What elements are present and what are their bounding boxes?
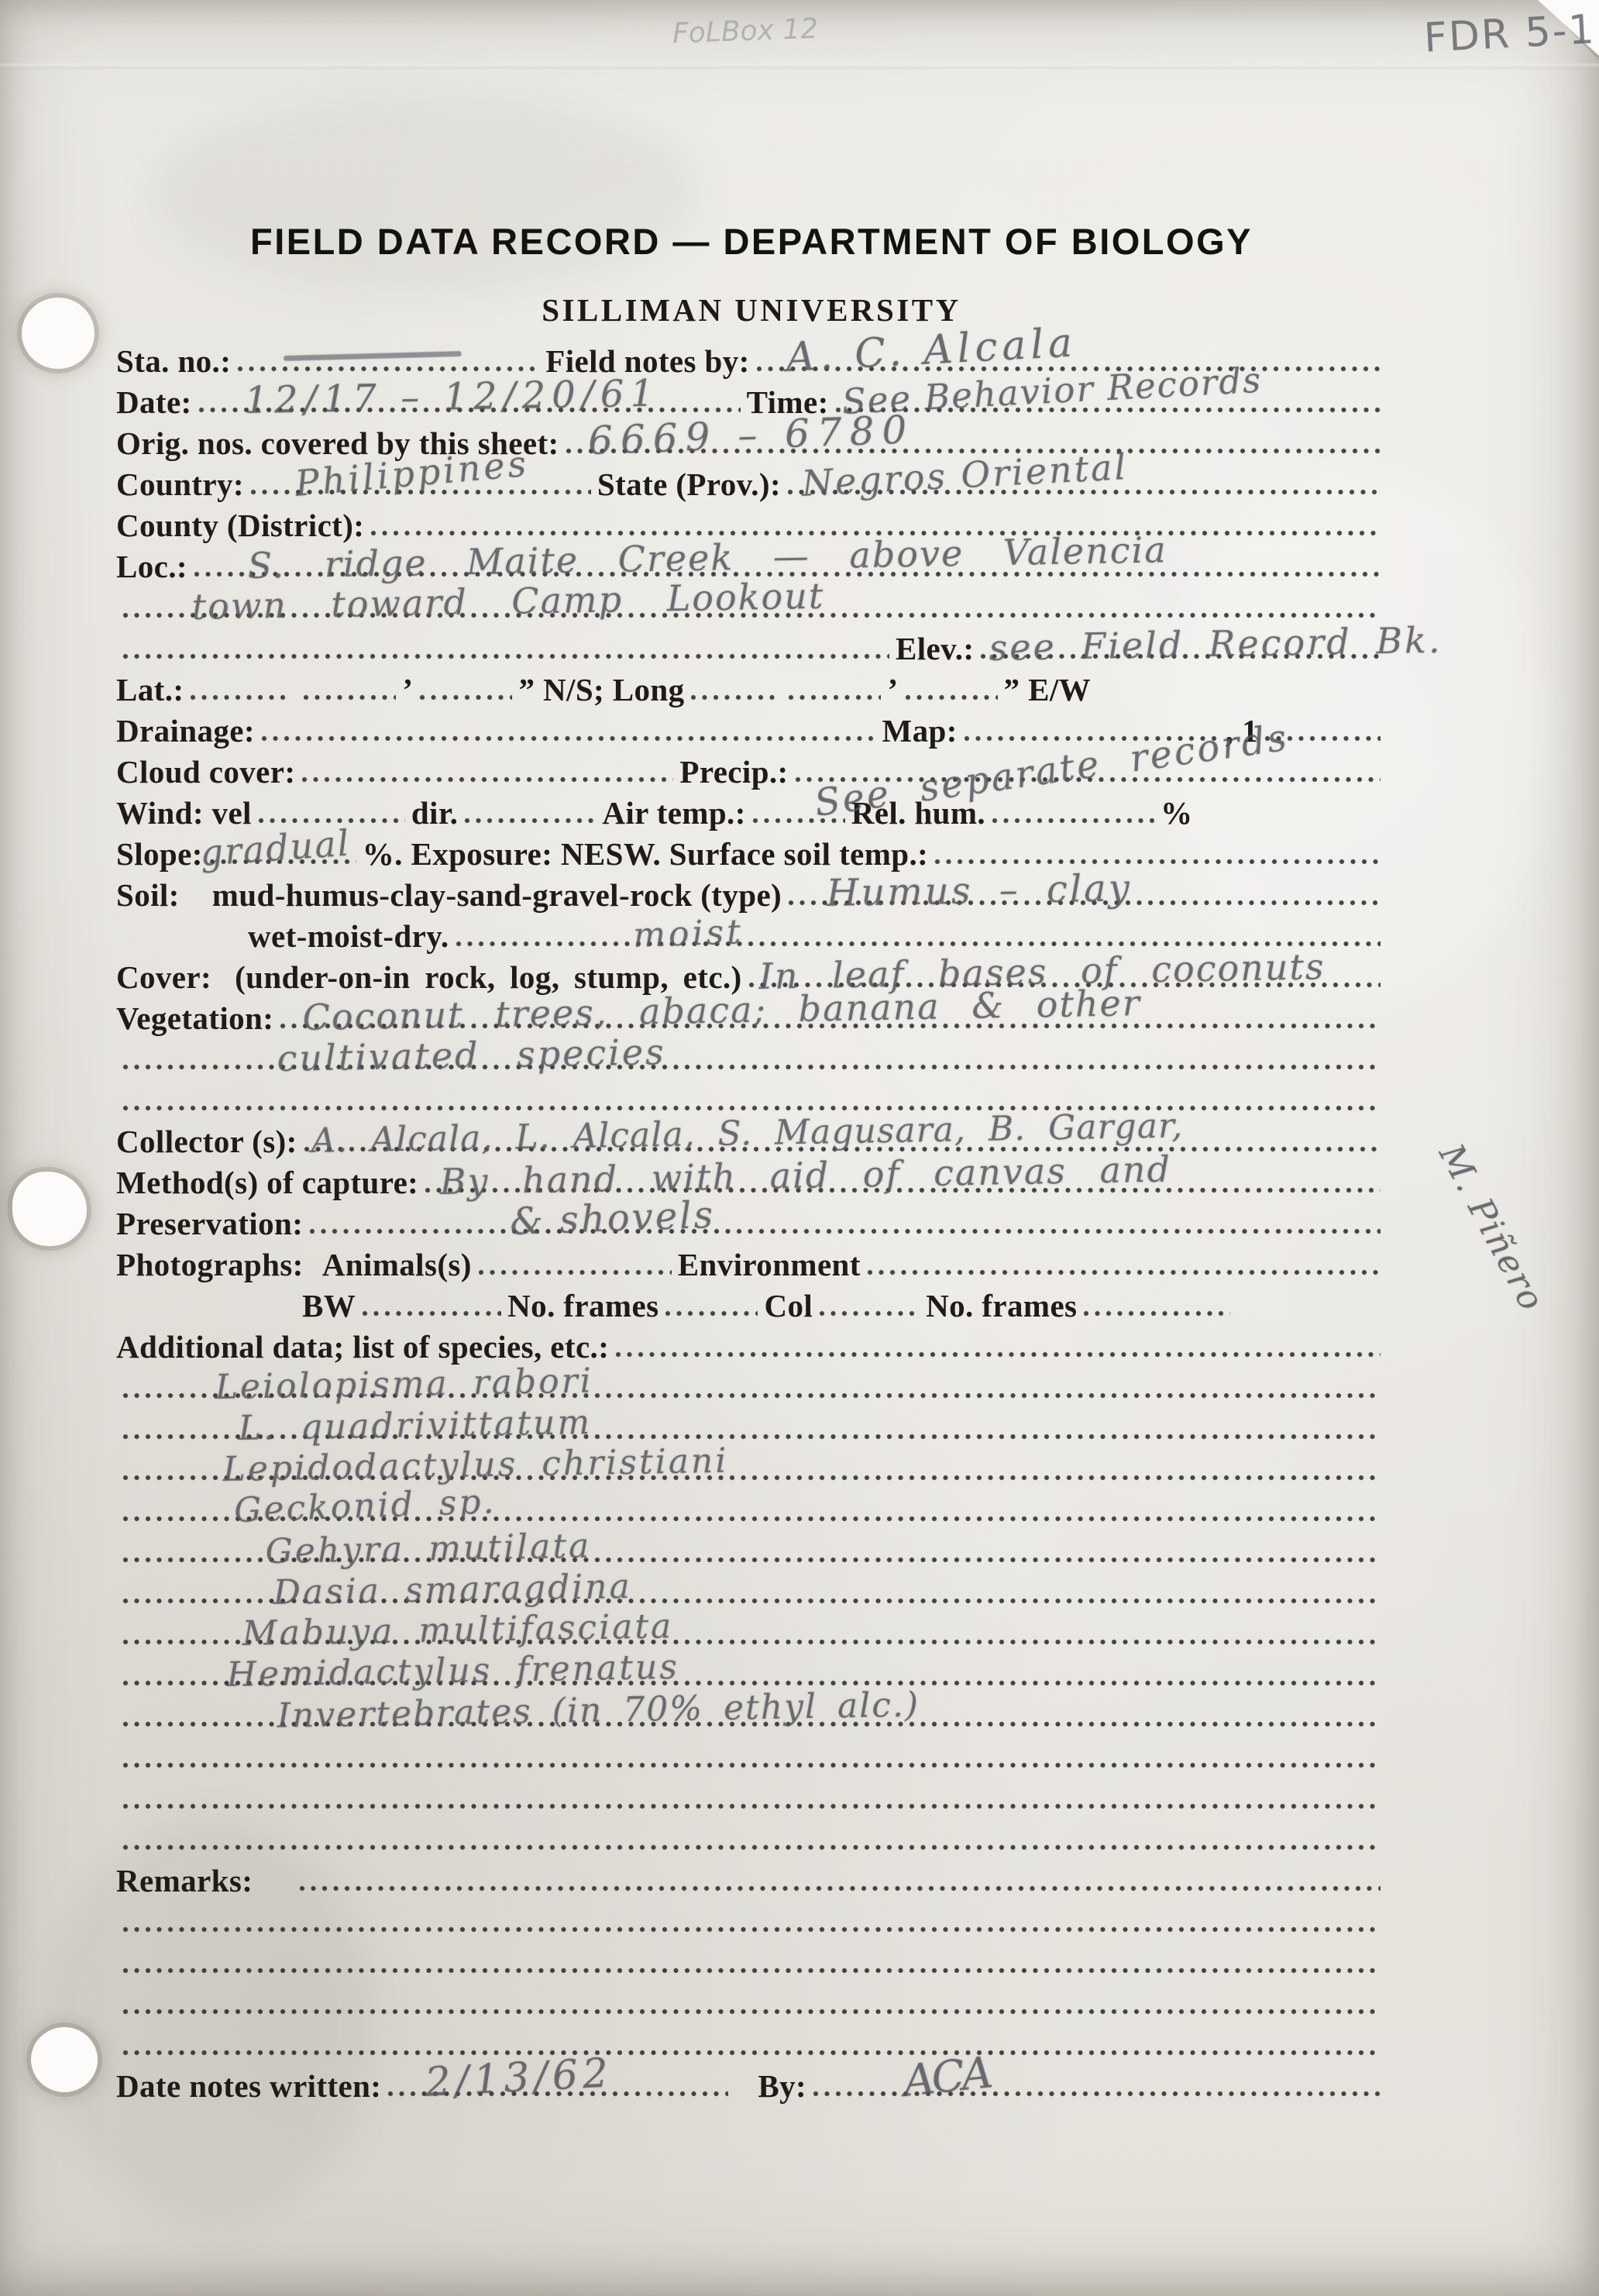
county-label: County (District): (116, 510, 364, 542)
pencil-note-folder: FoLBox 12 (672, 13, 818, 50)
species-name: Gehyra mutilata (265, 1531, 591, 1568)
dotted-leader: Negros Oriental (787, 489, 1381, 495)
method-label: Method(s) of capture: (116, 1167, 418, 1199)
species-row: Mabuya multifasciata (116, 1613, 1387, 1654)
dotted-leader: Gehyra mutilata (122, 1557, 1381, 1563)
dotted-leader (261, 735, 876, 742)
row-blank (116, 1982, 1387, 2023)
dotted-leader: gradual (209, 859, 356, 865)
country-label: Country: (116, 469, 244, 501)
species-name: Mabuya multifasciata (242, 1612, 673, 1650)
dotted-leader: cultivated species (122, 1064, 1381, 1070)
dotted-leader (122, 653, 889, 659)
row-blank (116, 1777, 1387, 1818)
dotted-leader: Lepidodactylus christiani (122, 1475, 1381, 1481)
dotted-leader: town toward Camp Lookout (122, 612, 1381, 618)
dotted-leader: Geckonid sp. (122, 1516, 1381, 1522)
drainage-label: Drainage: (116, 715, 255, 747)
elev-label: Elev.: (896, 633, 974, 665)
row-blank (116, 1900, 1387, 1941)
row-remarks: Remarks: (116, 1859, 1387, 1900)
air-temp-label: Air temp.: (602, 797, 745, 829)
paper-stain (155, 93, 697, 294)
species-name: Geckonid sp. (234, 1487, 497, 1527)
collectors-value-overflow: M. Piñero (1435, 1140, 1548, 1317)
field-notes-by-value: A. C. Alcala (785, 325, 1077, 377)
row-orig-nos: Orig. nos. covered by this sheet: 6669 –… (116, 422, 1387, 463)
dotted-leader (419, 694, 512, 701)
row-photographs: Photographs: Animals(s) Environment (116, 1243, 1387, 1284)
punch-hole (12, 1172, 87, 1246)
punch-hole (22, 298, 95, 369)
dotted-leader (301, 776, 673, 783)
dotted-line (122, 1105, 1381, 1111)
dotted-leader (1083, 1310, 1230, 1317)
animals-label: Animals(s) (322, 1249, 472, 1281)
dotted-leader (819, 1310, 920, 1317)
row-lat-long: Lat.: ’ ” N/S; Long ’ ” E/W (116, 668, 1387, 709)
loc-label: Loc.: (116, 551, 187, 583)
dotted-leader: ACA (813, 2091, 1381, 2097)
dotted-leader: 2/13/62 (387, 2091, 728, 2097)
row-vegetation: Vegetation: Coconut trees, abaca; banana… (116, 997, 1387, 1038)
dotted-leader: Philippines (250, 489, 591, 495)
soil-type-options-label: mud-humus-clay-sand-gravel-rock (type) (212, 880, 782, 911)
dotted-leader (905, 694, 998, 701)
dotted-line (122, 1762, 1381, 1768)
remarks-label: Remarks: (116, 1865, 253, 1897)
soil-moisture-options-label: wet-moist-dry. (248, 921, 449, 952)
row-location-cont: town toward Camp Lookout (116, 586, 1387, 627)
dotted-leader: Humus – clay (788, 900, 1381, 906)
lat-label: Lat.: (116, 674, 184, 706)
scanned-field-data-form: FoLBox 12 FDR 5-1 FIELD DATA RECORD — DE… (0, 0, 1599, 2296)
dotted-leader (362, 1310, 501, 1317)
dotted-line (122, 1967, 1381, 1974)
preservation-value: & shovels (510, 1199, 716, 1239)
species-name: Lepidodactylus christiani (222, 1446, 728, 1485)
date-notes-written-value: 2/13/62 (425, 2056, 614, 2102)
percent-label: % (1161, 797, 1192, 829)
map-label: Map: (882, 715, 958, 747)
species-row: Dasia smaragdina (116, 1571, 1387, 1613)
dotted-leader: See Behavior Records (835, 407, 1381, 413)
dotted-leader (303, 694, 396, 701)
environment-label: Environment (678, 1249, 861, 1281)
row-vegetation-cont: cultivated species (116, 1038, 1387, 1079)
precip-label: Precip.: (679, 756, 788, 788)
dotted-leader (867, 1269, 1381, 1275)
vegetation-value-line2: cultivated species (277, 1036, 666, 1075)
dotted-leader: Dasia smaragdina (122, 1598, 1381, 1604)
dotted-leader: Leiolopisma rabori (122, 1392, 1381, 1399)
dotted-line (122, 2009, 1381, 2015)
dotted-leader (690, 694, 775, 701)
long-seconds-ew-label: ” E/W (1004, 674, 1092, 706)
dotted-leader: 12/17 – 12/20/61 (198, 407, 741, 413)
dotted-line (122, 1803, 1381, 1809)
species-row: Geckonid sp. (116, 1489, 1387, 1530)
bw-label: BW (302, 1290, 356, 1322)
row-preservation: Preservation: & shovels (116, 1202, 1387, 1243)
dotted-leader (190, 694, 291, 701)
cover-options-label: (under-on-in rock, log, stump, etc.) (235, 962, 742, 993)
species-name: Leiolopisma rabori (215, 1366, 593, 1403)
species-name: Invertebrates (in 70% ethyl alc.) (277, 1690, 920, 1732)
no-frames2-label: No. frames (926, 1290, 1077, 1322)
dotted-leader (299, 1885, 1381, 1892)
dotted-leader: L. quadrivittatum (122, 1434, 1381, 1440)
slope-label: Slope: (116, 838, 203, 870)
row-blank (116, 1736, 1387, 1777)
row-soil-type: Soil: mud-humus-clay-sand-gravel-rock (t… (116, 873, 1387, 914)
row-additional-data: Additional data; list of species, etc.: (116, 1325, 1387, 1366)
dotted-leader (665, 1310, 758, 1317)
loc-value-line2: town toward Camp Lookout (191, 580, 824, 623)
form-body: Sta. no.: Field notes by: A. C. Alcala D… (116, 339, 1387, 2105)
dotted-leader (788, 694, 881, 701)
col-label: Col (764, 1290, 813, 1322)
dotted-leader (934, 859, 1381, 865)
vegetation-label: Vegetation: (116, 1003, 273, 1034)
exposure-surface-soil-label: %. Exposure: NESW. Surface soil temp.: (363, 838, 928, 870)
dotted-line (122, 1844, 1381, 1850)
dotted-leader (615, 1351, 1381, 1358)
lat-seconds-ns-label: ” N/S; Long (518, 674, 684, 706)
paper-crease (0, 64, 1599, 69)
collectors-label: Collector (s): (116, 1126, 297, 1158)
date-label: Date: (116, 387, 192, 418)
no-frames-label: No. frames (507, 1290, 659, 1322)
row-blank (116, 1941, 1387, 1982)
sta-no-handwritten-dash (284, 351, 462, 361)
row-photo-frames: BW No. frames Col No. frames (116, 1284, 1387, 1325)
additional-data-label: Additional data; list of species, etc.: (116, 1331, 609, 1363)
row-elevation: Elev.: see Field Record Bk. (116, 627, 1387, 668)
dotted-leader (478, 1269, 672, 1275)
species-name: L. quadrivittatum (238, 1407, 592, 1444)
row-method-of-capture: Method(s) of capture: By hand with aid o… (116, 1161, 1387, 1202)
dotted-leader (237, 366, 539, 372)
wind-dir-label: dir. (411, 797, 458, 829)
row-slope-exposure: Slope: gradual %. Exposure: NESW. Surfac… (116, 832, 1387, 873)
lat-minutes-mark: ’ (402, 674, 413, 706)
row-blank (116, 2023, 1387, 2064)
pencil-note-fdr-number: FDR 5-1 (1423, 6, 1597, 62)
species-row: Gehyra mutilata (116, 1530, 1387, 1571)
long-minutes-mark: ’ (887, 674, 898, 706)
cover-label: Cover: (116, 962, 211, 993)
species-name: Hemidactylus frenatus (226, 1652, 679, 1691)
date-notes-written-label: Date notes written: (116, 2071, 381, 2102)
dotted-leader: see Field Record Bk. (980, 653, 1381, 659)
dotted-leader: Hemidactylus frenatus (122, 1680, 1381, 1686)
photographs-label: Photographs: (116, 1249, 304, 1281)
species-row: Invertebrates (in 70% ethyl alc.) (116, 1695, 1387, 1736)
dotted-line (122, 2050, 1381, 2056)
dotted-line (122, 1926, 1381, 1933)
dotted-leader: Coconut trees, abaca; banana & other (280, 1023, 1381, 1029)
university-name: SILLIMAN UNIVERSITY (116, 294, 1387, 326)
dotted-leader: & shovels (309, 1228, 1381, 1234)
by-label: By: (758, 2071, 806, 2102)
date-value: 12/17 – 12/20/61 (244, 377, 660, 418)
row-blank (116, 1818, 1387, 1859)
species-name: Dasia smaragdina (273, 1571, 632, 1609)
dotted-leader (992, 818, 1154, 824)
wind-vel-label: Wind: vel (116, 797, 252, 829)
punch-hole (31, 2027, 98, 2092)
vegetation-value-line1: Coconut trees, abaca; banana & other (303, 987, 1142, 1034)
dotted-leader: Invertebrates (in 70% ethyl alc.) (122, 1721, 1381, 1727)
form-title: FIELD DATA RECORD — DEPARTMENT OF BIOLOG… (116, 223, 1387, 260)
dotted-leader: Mabuya multifasciata (122, 1639, 1381, 1645)
by-signature: ACA (902, 2053, 992, 2102)
method-value: By hand with aid of canvas and (440, 1153, 1172, 1198)
preservation-label: Preservation: (116, 1208, 303, 1240)
elev-value: see Field Record Bk. (989, 624, 1443, 664)
species-row: L. quadrivittatum (116, 1407, 1387, 1448)
species-row: Leiolopisma rabori (116, 1366, 1387, 1407)
row-country-state: Country: Philippines State (Prov.): Negr… (116, 463, 1387, 504)
row-date-notes-written: Date notes written: 2/13/62 By: ACA (116, 2064, 1387, 2105)
cloud-cover-label: Cloud cover: (116, 756, 295, 788)
orig-nos-value: 6669 – 6780 (587, 412, 915, 459)
dotted-leader: A. Alcala, L. Alcala, S. Magusara, B. Ga… (304, 1146, 1381, 1152)
soil-label: Soil: (116, 880, 180, 911)
state-prov-label: State (Prov.): (597, 469, 781, 501)
sta-no-label: Sta. no.: (116, 346, 231, 377)
dotted-leader: By hand with aid of canvas and (425, 1187, 1381, 1193)
species-row: Lepidodactylus christiani (116, 1448, 1387, 1489)
soil-moisture-value: moist (632, 917, 744, 952)
dotted-leader (464, 818, 596, 824)
dotted-leader: moist (456, 941, 1381, 947)
slope-value: gradual (199, 827, 351, 869)
soil-type-value: Humus – clay (826, 872, 1132, 910)
